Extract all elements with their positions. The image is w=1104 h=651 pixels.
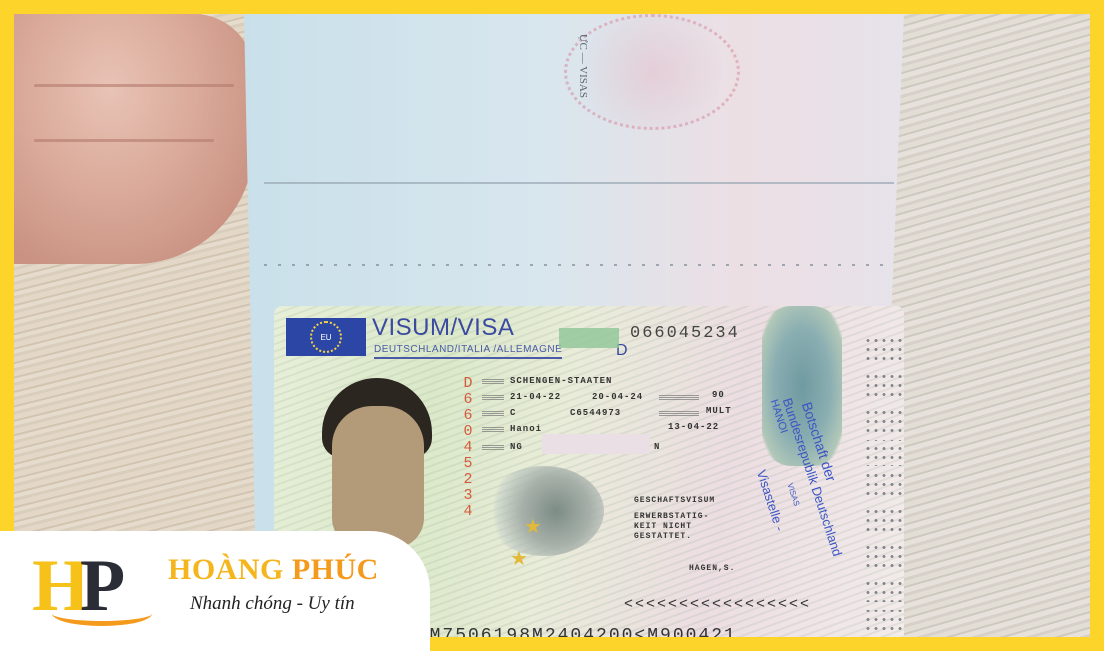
remarks-line: GESTATTET. bbox=[634, 532, 692, 541]
officer-signature: HAGEN,S. bbox=[689, 564, 735, 573]
visa-category: C bbox=[510, 408, 516, 418]
visa-title: VISUM/VISA bbox=[372, 314, 514, 342]
valid-until: 20-04-24 bbox=[592, 392, 643, 402]
remarks-line: KEIT NICHT bbox=[634, 522, 692, 531]
brand-logo-panel: H P HOÀNG PHÚC Nhanh chóng - Uy tín bbox=[0, 531, 430, 651]
field-label bbox=[482, 410, 504, 416]
duration-days: 90 bbox=[712, 390, 725, 400]
watermark-seal bbox=[564, 14, 740, 130]
number-of-entries: MULT bbox=[706, 406, 732, 416]
perforated-number bbox=[864, 336, 904, 636]
remarks-line: GESCHAFTSVISUM bbox=[634, 496, 715, 505]
brand-name-hoang: HOÀNG bbox=[168, 553, 284, 586]
mrz-line-1: <<<<<<<<<<<<<<<<< bbox=[624, 596, 811, 613]
issuing-country: DEUTSCHLAND/ITALIA /ALLEMAGNE bbox=[374, 344, 562, 359]
wooden-table bbox=[874, 14, 1090, 637]
field-label bbox=[659, 394, 699, 400]
passport-number: C6544973 bbox=[570, 408, 621, 418]
redacted-name bbox=[542, 434, 650, 454]
brand-name-phuc: PHÚC bbox=[292, 553, 379, 586]
hand bbox=[14, 14, 254, 264]
eu-flag-icon: EU bbox=[286, 318, 366, 356]
date-of-issue: 13-04-22 bbox=[668, 422, 719, 432]
field-label bbox=[482, 378, 504, 384]
holder-name-suffix: N bbox=[654, 442, 660, 452]
page-fold bbox=[264, 182, 894, 184]
hologram-strip bbox=[559, 328, 619, 348]
visa-number: 066045234 bbox=[630, 324, 740, 343]
finger-crease bbox=[34, 84, 234, 87]
star-icon: ★ bbox=[524, 514, 542, 539]
field-label bbox=[482, 394, 504, 400]
perforation-line bbox=[264, 264, 894, 266]
brand-tagline: Nhanh chóng - Uy tín bbox=[190, 593, 355, 615]
valid-from: 21-04-22 bbox=[510, 392, 561, 402]
vertical-visa-number: D66045234 bbox=[462, 376, 474, 520]
portrait-photo bbox=[304, 378, 454, 548]
field-label bbox=[482, 444, 504, 450]
embossed-seal bbox=[484, 466, 604, 556]
mrz-line-2: VNM7506198M2404200<M900421 bbox=[404, 626, 737, 637]
hp-logo-icon: H P bbox=[32, 549, 152, 629]
portrait-face-blurred bbox=[332, 406, 424, 548]
field-label bbox=[482, 426, 504, 432]
passport-side-text: ỰC — VISAS bbox=[577, 34, 589, 98]
finger-crease bbox=[34, 139, 214, 142]
holder-name-prefix: NG bbox=[510, 442, 523, 452]
remarks-line: ERWERBSTATIG- bbox=[634, 512, 709, 521]
eu-stars: EU bbox=[310, 321, 342, 353]
field-label bbox=[659, 410, 699, 416]
logo-swoosh bbox=[52, 601, 152, 626]
brand-name: HOÀNG PHÚC bbox=[168, 553, 379, 587]
valid-for: SCHENGEN-STAATEN bbox=[510, 376, 612, 386]
star-icon: ★ bbox=[510, 546, 528, 571]
place-of-issue: Hanoi bbox=[510, 424, 542, 434]
